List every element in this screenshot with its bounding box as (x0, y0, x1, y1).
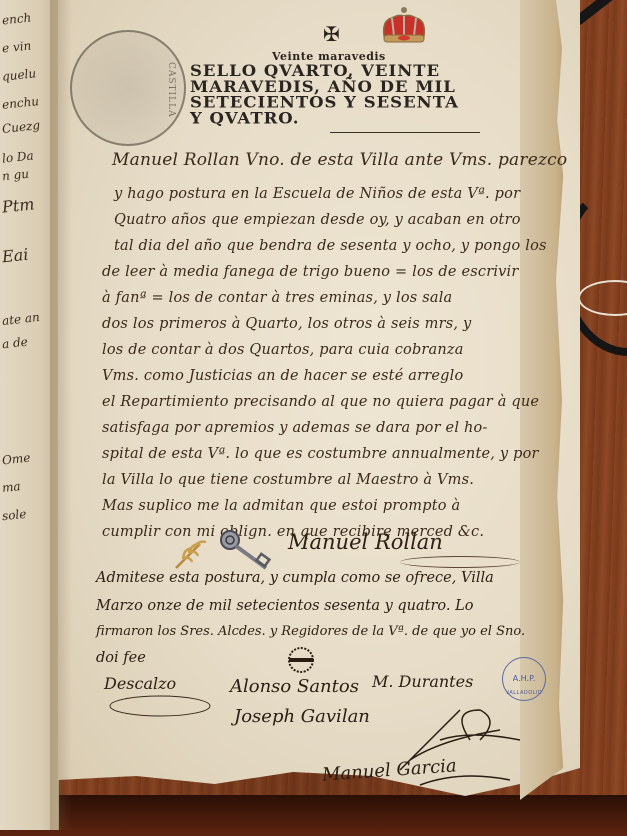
manuscript-line: Vms. como Justicias an de hacer se esté … (102, 368, 463, 384)
key-charm-icon (172, 528, 284, 574)
left-page-fragment: sole (1, 507, 27, 523)
manuscript-line: Quatro años que empiezan desde oy, y aca… (114, 212, 521, 228)
left-page-fragment: ate an (1, 310, 40, 328)
petitioner-signature: Manuel Rollan (288, 530, 443, 554)
manuscript-line: los de contar à dos Quartos, para cuia c… (102, 342, 464, 358)
crown-icon (378, 6, 430, 48)
table-shadow (0, 795, 627, 836)
manuscript-line: dos los primeros à Quarto, los otros à s… (102, 316, 471, 332)
left-page-fragment: Ome (1, 451, 31, 468)
round-ink-stamp: CASTILLA (70, 30, 186, 146)
archive-seal-city: VALLADOLID (503, 690, 545, 696)
decree-line: Marzo onze de mil setecientos sesenta y … (96, 598, 473, 614)
manuscript-line: Manuel Rollan Vno. de esta Villa ante Vm… (112, 150, 567, 170)
stamp-line: Y QVATRO. (190, 111, 490, 127)
manuscript-line: spital de esta Vª. lo que es costumbre a… (102, 446, 539, 462)
signature-flourish (400, 556, 520, 568)
manuscript-line: à fanª = los de contar à tres eminas, y … (102, 290, 452, 306)
left-page-fragment: quelu (1, 66, 36, 83)
manuscript-line: satisfaga por apremios y ademas se dara … (102, 420, 488, 436)
manuscript-line: la Villa lo que tiene costumbre al Maest… (102, 472, 474, 488)
left-page-fragment: e vin (1, 39, 32, 56)
archive-seal-title: A.H.P. (513, 674, 535, 683)
book-gutter (50, 0, 72, 830)
signature-flourish (100, 690, 220, 720)
signature: Joseph Gavilan (234, 706, 370, 727)
left-page-fragment: n gu (1, 167, 29, 184)
signature: Alonso Santos (230, 676, 359, 697)
left-page-fragment: Ptm (1, 194, 35, 216)
manuscript-line: de leer à media fanega de trigo bueno = … (102, 264, 519, 280)
manuscript-line: tal dia del año que bendra de sesenta y … (114, 238, 547, 254)
stamp-underline (330, 132, 480, 133)
left-page-fragment: enchu (1, 94, 39, 112)
left-page-fragment: lo Da (1, 148, 34, 165)
left-page-fragment: ma (1, 479, 21, 495)
stamped-paper-legend: SELLO QVARTO, VEINTE MARAVEDIS, AÑO DE M… (190, 64, 490, 127)
archive-seal-stamp: A.H.P. VALLADOLID (502, 657, 546, 701)
cross-icon: ✠ (323, 22, 340, 46)
decree-line: doi fee (96, 650, 146, 666)
left-page-fragment: a de (1, 335, 28, 352)
left-page-fragment: Eai (1, 245, 29, 267)
decree-line: Admitese esta postura, y cumpla como se … (96, 570, 494, 586)
signature: M. Durantes (372, 672, 473, 691)
manuscript-line: el Repartimiento precisando al que no qu… (102, 394, 539, 410)
left-page-fragment: ench (1, 11, 32, 28)
round-stamp-text: CASTILLA (166, 62, 176, 118)
left-page-fragment: Cuezg (1, 118, 40, 136)
decree-line: firmaron los Sres. Alcdes. y Regidores d… (96, 624, 525, 639)
manuscript-line: Mas suplico me la admitan que estoi prom… (102, 498, 460, 514)
signature-flourishes (380, 700, 530, 790)
rubric-seal-icon (285, 644, 317, 676)
manuscript-line: y hago postura en la Escuela de Niños de… (114, 186, 520, 202)
